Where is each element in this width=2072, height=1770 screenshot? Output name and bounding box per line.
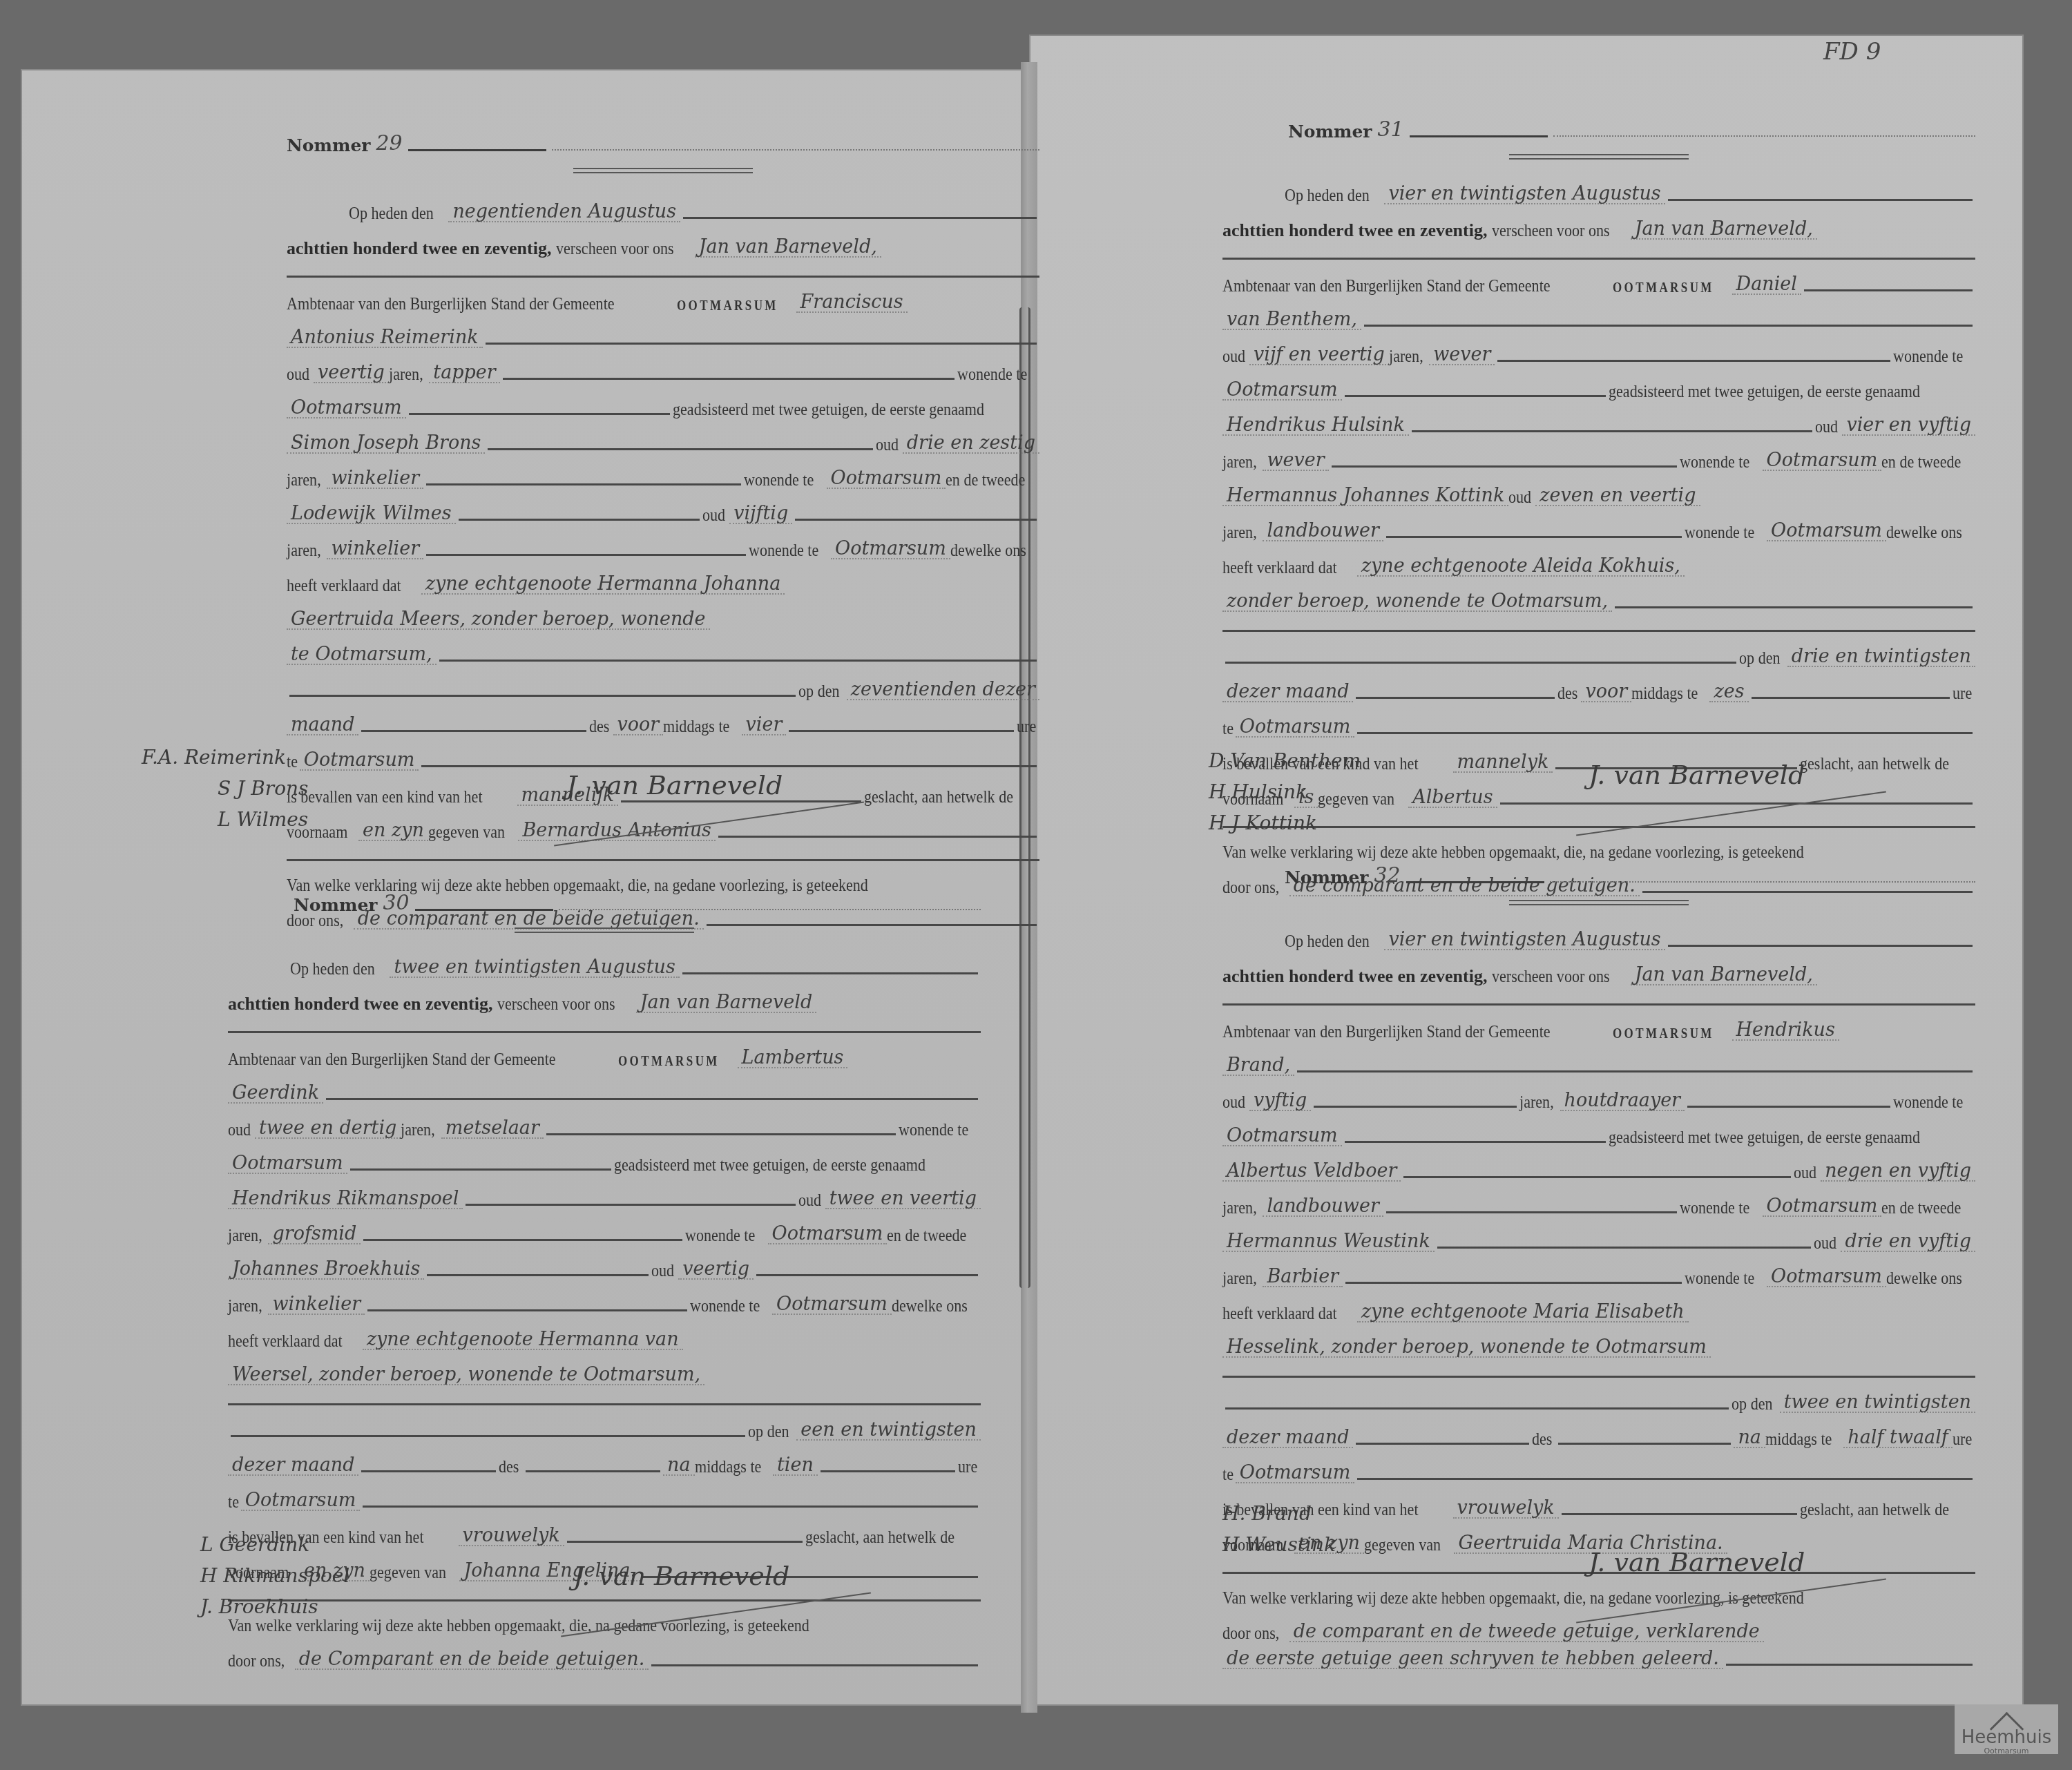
- label: middags te: [695, 1458, 761, 1476]
- witness-signatures-30: L Geerdink H Rikmanspoel J. Broekhuis: [200, 1533, 349, 1626]
- label: ure: [958, 1458, 977, 1476]
- label: wonende te: [1893, 347, 1963, 365]
- witness1-occupation: grofsmid: [268, 1224, 361, 1244]
- label: des: [589, 718, 609, 735]
- signature: L Geerdink: [200, 1533, 349, 1556]
- page-marker: FD 9: [1823, 38, 1881, 66]
- witness2-age: veertig: [678, 1260, 754, 1280]
- label: ure: [1017, 718, 1036, 735]
- declarant-age: veertig: [314, 363, 389, 383]
- label: op den: [1732, 1395, 1773, 1413]
- official-signature-32: J. van Barneveld: [1589, 1547, 1805, 1577]
- child-sex: vrouwelyk: [459, 1526, 564, 1546]
- witness2-name: Hermannus Weustink: [1222, 1232, 1435, 1252]
- label: oud: [1508, 488, 1531, 506]
- witness1-name: Hendrikus Hulsink: [1222, 416, 1409, 436]
- label: jaren,: [287, 471, 321, 489]
- nommer-label: Nommer: [1285, 867, 1369, 887]
- label: te: [1222, 720, 1234, 738]
- witness2-occupation: Barbier: [1263, 1267, 1343, 1287]
- act-number: 30: [383, 891, 410, 915]
- double-rule: [515, 927, 694, 933]
- mother-line-1: zyne echtgenoote Maria Elisabeth: [1357, 1302, 1689, 1322]
- label: Ambtenaar van den Burgerlijken Stand der…: [1222, 1023, 1551, 1041]
- label: Ambtenaar van den Burgerlijken Stand der…: [228, 1050, 556, 1068]
- witness2-occupation: landbouwer: [1263, 521, 1383, 541]
- witness1-age: negen en vyftig: [1821, 1162, 1975, 1182]
- municipality: OOTMARSUM: [618, 1055, 720, 1068]
- label: is bevallen van een kind van het: [287, 788, 483, 806]
- mother-line-1: zyne echtgenoote Aleida Kokhuis,: [1357, 557, 1685, 577]
- witness2-residence: Ootmarsum: [772, 1295, 892, 1315]
- witness2-residence: Ootmarsum: [831, 539, 950, 559]
- child-name: Albertus: [1408, 788, 1497, 808]
- birth-hour: half twaalf: [1843, 1428, 1952, 1448]
- label: en de tweede: [1881, 1199, 1961, 1217]
- witness1-occupation: wever: [1263, 451, 1328, 471]
- label: dewelke ons: [1886, 523, 1962, 541]
- label: jaren,: [1389, 347, 1423, 365]
- closing-statement: Van welke verklaring wij deze akte hebbe…: [1222, 843, 1804, 861]
- child-sex: vrouwelyk: [1453, 1499, 1559, 1519]
- label: middags te: [663, 718, 729, 735]
- label: heeft verklaard dat: [228, 1332, 343, 1350]
- municipality: OOTMARSUM: [1613, 1027, 1714, 1041]
- label: oud: [1794, 1164, 1816, 1182]
- label: jaren,: [401, 1121, 435, 1139]
- label: op den: [798, 682, 840, 700]
- signature: F.A. Reimerink: [142, 746, 308, 769]
- birth-ampm: voor: [1581, 682, 1631, 702]
- label: wonende te: [690, 1297, 760, 1315]
- label: gegeven van: [1364, 1536, 1441, 1554]
- signed-by: de Comparant en de beide getuigen.: [295, 1650, 649, 1670]
- label: heeft verklaard dat: [1222, 1305, 1337, 1322]
- label: wonende te: [749, 541, 818, 559]
- label: door ons,: [1222, 1624, 1279, 1642]
- mother-line-1: zyne echtgenoote Hermanna van: [363, 1330, 683, 1350]
- label: en de tweede: [1881, 453, 1961, 471]
- label: geslacht, aan hetwelk de: [1800, 755, 1949, 773]
- declarant-age: vyftig: [1249, 1091, 1311, 1111]
- signed-by-continued: de eerste getuige geen schryven te hebbe…: [1222, 1649, 1723, 1669]
- witness2-name: Lodewijk Wilmes: [287, 504, 456, 524]
- birth-ampm: na: [1734, 1428, 1765, 1448]
- act-number-row: Nommer29: [287, 131, 1039, 155]
- label: des: [499, 1458, 519, 1476]
- label: jaren,: [1222, 453, 1257, 471]
- official-name: Jan van Barneveld,: [1631, 965, 1817, 985]
- year-phrase: achttien honderd twee en zeventig,: [228, 995, 492, 1013]
- year-phrase: achttien honderd twee en zeventig,: [1222, 222, 1487, 240]
- witness2-age: vijftig: [729, 504, 792, 524]
- label: jaren,: [287, 541, 321, 559]
- act-date: vier en twintigsten Augustus: [1384, 184, 1665, 204]
- label: heeft verklaard dat: [1222, 559, 1337, 577]
- label: jaren,: [1222, 523, 1257, 541]
- label: oud: [1222, 347, 1245, 365]
- label: jaren,: [1222, 1199, 1257, 1217]
- label: wonende te: [1680, 453, 1749, 471]
- declarant-occupation: metselaar: [441, 1119, 544, 1139]
- birth-place: Ootmarsum: [1236, 1463, 1355, 1483]
- witness2-residence: Ootmarsum: [1767, 1267, 1886, 1287]
- label: oud: [228, 1121, 251, 1139]
- act-number-row: Nommer31: [1222, 117, 1975, 142]
- birth-place: Ootmarsum: [1236, 718, 1355, 738]
- label: dewelke ons: [1886, 1269, 1962, 1287]
- declarant-occupation: wever: [1429, 345, 1495, 365]
- signature: D Van Benthem: [1209, 749, 1361, 772]
- label: oud: [1814, 1234, 1836, 1252]
- signature: J. Broekhuis: [200, 1595, 349, 1618]
- declarant-surname: Brand,: [1222, 1056, 1294, 1076]
- label: geadsisteerd met twee getuigen, de eerst…: [1609, 383, 1920, 401]
- witness1-residence: Ootmarsum: [1763, 1197, 1882, 1217]
- declarant-residence: Ootmarsum: [228, 1154, 347, 1174]
- label: dewelke ons: [950, 541, 1026, 559]
- birth-hour: tien: [773, 1456, 818, 1476]
- label: oud: [651, 1262, 674, 1280]
- nommer-label: Nommer: [287, 135, 371, 155]
- label: geadsisteerd met twee getuigen, de eerst…: [614, 1156, 925, 1174]
- declarant-name: Franciscus: [796, 293, 908, 313]
- label: verscheen voor ons: [1492, 968, 1610, 985]
- official-signature-30: J. van Barneveld: [573, 1561, 789, 1591]
- label: dewelke ons: [892, 1297, 968, 1315]
- label: oud: [702, 506, 725, 524]
- birth-month: maand: [287, 715, 358, 735]
- witness1-name: Hendrikus Rikmanspoel: [228, 1189, 463, 1209]
- act-date: vier en twintigsten Augustus: [1384, 930, 1665, 950]
- label: gegeven van: [370, 1564, 446, 1581]
- official-signature-29: J. van Barneveld: [566, 770, 783, 800]
- label: te: [228, 1493, 239, 1511]
- child-name: Bernardus Antonius: [518, 821, 716, 841]
- signature: H Weustink: [1222, 1533, 1336, 1556]
- declarant-surname: van Benthem,: [1222, 310, 1361, 330]
- label: middags te: [1765, 1430, 1832, 1448]
- declarant-residence: Ootmarsum: [1222, 1126, 1342, 1146]
- label: Op heden den: [349, 204, 434, 222]
- witness-signatures-32: H. Brand H Weustink: [1222, 1502, 1336, 1564]
- witness1-residence: Ootmarsum: [768, 1224, 888, 1244]
- label: te: [1222, 1465, 1234, 1483]
- mother-line-3: te Ootmarsum,: [287, 645, 437, 665]
- act-number: 32: [1374, 863, 1401, 887]
- birth-hour: vier: [742, 715, 787, 735]
- declarant-occupation: tapper: [429, 363, 499, 383]
- label: oud: [1222, 1093, 1245, 1111]
- witness1-name: Simon Joseph Brons: [287, 434, 485, 454]
- witness2-age: zeven en veertig: [1535, 486, 1700, 506]
- label: op den: [1739, 649, 1781, 667]
- year-phrase: achttien honderd twee en zeventig,: [287, 240, 551, 258]
- birth-day: een en twintigsten: [796, 1421, 981, 1441]
- signature: S J Brons: [218, 777, 308, 800]
- witness2-age: drie en vyftig: [1841, 1232, 1975, 1252]
- label: jaren,: [228, 1297, 262, 1315]
- act-number-row: Nommer32: [1222, 863, 1975, 887]
- nommer-label: Nommer: [1288, 122, 1372, 142]
- label: wonende te: [744, 471, 814, 489]
- label: en de tweede: [887, 1227, 966, 1244]
- label: gegeven van: [428, 823, 505, 841]
- label: middags te: [1631, 684, 1698, 702]
- birth-hour: zes: [1709, 682, 1748, 702]
- witness-signatures-31: D Van Benthem H Hulsink H J Kottink: [1209, 749, 1361, 843]
- official-name: Jan van Barneveld: [636, 993, 817, 1013]
- label: Op heden den: [1285, 932, 1370, 950]
- witness1-age: vier en vyftig: [1842, 416, 1975, 436]
- declarant-name: Lambertus: [738, 1048, 848, 1068]
- label: verscheen voor ons: [556, 240, 674, 258]
- declarant-residence: Ootmarsum: [287, 398, 406, 419]
- label: heeft verklaard dat: [287, 577, 401, 595]
- witness1-name: Albertus Veldboer: [1222, 1162, 1401, 1182]
- municipality: OOTMARSUM: [1613, 281, 1714, 295]
- heemhuis-watermark: Heemhuis Ootmarsum: [1955, 1704, 2058, 1754]
- declarant-surname: Geerdink: [228, 1084, 323, 1104]
- signed-by: de comparant en de tweede getuige, verkl…: [1289, 1622, 1764, 1642]
- signature: H Rikmanspoel: [200, 1564, 349, 1587]
- birth-day: zeventienden dezer: [847, 680, 1039, 700]
- declarant-surname: Antonius Reimerink: [287, 328, 483, 348]
- nommer-label: Nommer: [294, 895, 378, 915]
- label: geslacht, aan hetwelk de: [1800, 1501, 1949, 1519]
- official-name: Jan van Barneveld,: [695, 238, 881, 258]
- label: Op heden den: [290, 960, 375, 978]
- label: oud: [798, 1191, 821, 1209]
- label: wonende te: [1680, 1199, 1749, 1217]
- birth-place: Ootmarsum: [300, 751, 419, 771]
- birth-ampm: voor: [613, 715, 664, 735]
- official-name: Jan van Barneveld,: [1631, 220, 1817, 240]
- witness1-occupation: landbouwer: [1263, 1197, 1383, 1217]
- declarant-age: twee en dertig: [255, 1119, 401, 1139]
- signature: L Wilmes: [218, 808, 308, 831]
- label: jaren,: [1519, 1093, 1554, 1111]
- closing-statement: Van welke verklaring wij deze akte hebbe…: [1222, 1589, 1804, 1607]
- double-rule: [1509, 900, 1689, 905]
- label: wonende te: [899, 1121, 968, 1139]
- label: oud: [1815, 418, 1838, 436]
- birth-month: dezer maand: [1222, 1428, 1353, 1448]
- label: jaren,: [389, 365, 423, 383]
- witness1-residence: Ootmarsum: [1763, 451, 1882, 471]
- birth-day: twee en twintigsten: [1780, 1393, 1975, 1413]
- mother-line-2: Hesselink, zonder beroep, wonende te Oot…: [1222, 1338, 1711, 1358]
- label: Op heden den: [1285, 186, 1370, 204]
- label: wonende te: [1893, 1093, 1963, 1111]
- year-phrase: achttien honderd twee en zeventig,: [1222, 968, 1487, 985]
- act-date: negentienden Augustus: [448, 202, 680, 222]
- label: en de tweede: [946, 471, 1025, 489]
- label: geslacht, aan hetwelk de: [864, 788, 1013, 806]
- act-date: twee en twintigsten Augustus: [390, 958, 679, 978]
- label: Ambtenaar van den Burgerlijken Stand der…: [287, 295, 615, 313]
- birth-ampm: na: [663, 1456, 695, 1476]
- label: wonende te: [957, 365, 1027, 383]
- declarant-occupation: houtdraayer: [1560, 1091, 1685, 1111]
- act-number: 31: [1378, 117, 1404, 142]
- mother-line-2: zonder beroep, wonende te Ootmarsum,: [1222, 592, 1612, 612]
- declarant-age: vijf en veertig: [1249, 345, 1389, 365]
- double-rule: [573, 168, 753, 173]
- mother-line-1: zyne echtgenoote Hermanna Johanna: [421, 575, 785, 595]
- label: Ambtenaar van den Burgerlijken Stand der…: [1222, 277, 1551, 295]
- act-number: 29: [376, 131, 403, 155]
- witness2-residence: Ootmarsum: [1767, 521, 1886, 541]
- label: wonende te: [1685, 1269, 1754, 1287]
- label: des: [1532, 1430, 1552, 1448]
- declarant-name: Daniel: [1732, 275, 1801, 295]
- label: geadsisteerd met twee getuigen, de eerst…: [673, 401, 984, 419]
- label: ure: [1953, 1430, 1972, 1448]
- witness1-residence: Ootmarsum: [827, 469, 946, 489]
- witness2-name: Hermannus Johannes Kottink: [1222, 486, 1508, 506]
- birth-month: dezer maand: [228, 1456, 358, 1476]
- witness1-age: drie en zestig: [903, 434, 1039, 454]
- act-number-row: Nommer30: [228, 891, 981, 915]
- declarant-residence: Ootmarsum: [1222, 381, 1342, 401]
- voornaam-suffix: en zyn: [358, 821, 428, 841]
- label: oud: [287, 365, 309, 383]
- label: geslacht, aan hetwelk de: [805, 1528, 955, 1546]
- declarant-name: Hendrikus: [1732, 1021, 1839, 1041]
- official-signature-31: J. van Barneveld: [1589, 760, 1805, 790]
- label: wonende te: [1685, 523, 1754, 541]
- mother-line-2: Geertruida Meers, zonder beroep, wonende: [287, 610, 710, 630]
- birth-day: drie en twintigsten: [1787, 647, 1975, 667]
- birth-place: Ootmarsum: [241, 1491, 361, 1511]
- label: geadsisteerd met twee getuigen, de eerst…: [1609, 1128, 1920, 1146]
- label: jaren,: [228, 1227, 262, 1244]
- label: ure: [1953, 684, 1972, 702]
- double-rule: [1509, 154, 1689, 160]
- municipality: OOTMARSUM: [677, 299, 778, 313]
- witness-signatures-29: F.A. Reimerink S J Brons L Wilmes: [142, 746, 308, 839]
- witness2-occupation: winkelier: [327, 539, 423, 559]
- label: op den: [748, 1423, 789, 1441]
- witness2-occupation: winkelier: [268, 1295, 365, 1315]
- mother-line-2: Weersel, zonder beroep, wonende te Ootma…: [228, 1365, 704, 1385]
- label: jaren,: [1222, 1269, 1257, 1287]
- signature: H. Brand: [1222, 1502, 1336, 1525]
- label: verscheen voor ons: [1492, 222, 1610, 240]
- child-sex: mannelyk: [1453, 753, 1553, 773]
- witness1-age: twee en veertig: [825, 1189, 981, 1209]
- label: des: [1557, 684, 1577, 702]
- signature: H J Kottink: [1209, 811, 1361, 834]
- label: verscheen voor ons: [497, 995, 615, 1013]
- label: wonende te: [685, 1227, 755, 1244]
- birth-month: dezer maand: [1222, 682, 1353, 702]
- label: oud: [876, 436, 899, 454]
- label: door ons,: [228, 1652, 285, 1670]
- witness2-name: Johannes Broekhuis: [228, 1260, 424, 1280]
- witness1-occupation: winkelier: [327, 469, 423, 489]
- signature: H Hulsink: [1209, 780, 1361, 803]
- act-29: Nommer29 Op heden dennegentienden August…: [287, 131, 1039, 930]
